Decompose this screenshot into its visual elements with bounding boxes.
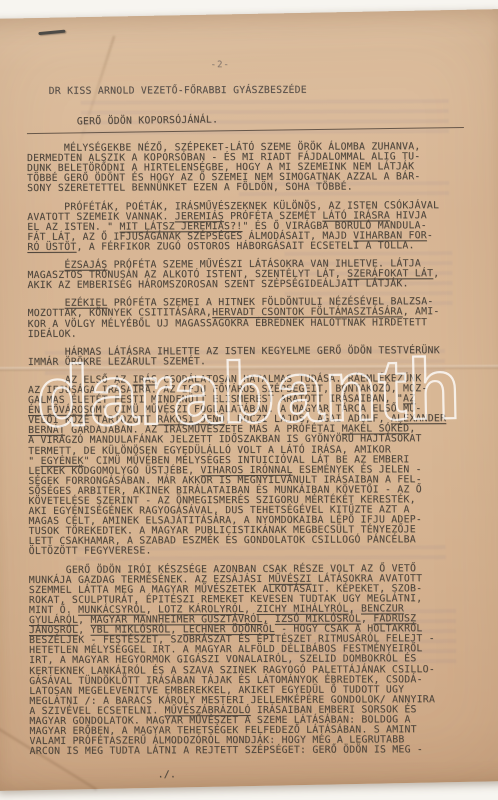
document-title: DR KISS ARNOLD VEZETŐ-FŐRABBI GYÁSZBESZÉ… [27,85,479,97]
paragraph: EZÉKIEL PRÓFÉTA SZEMEI A HITNEK FÖLDÖNTU… [28,297,480,339]
paragraph: MÉLYSÉGEKBE NÉZŐ, SZÉPEKET-LÁTÓ SZEME ÖR… [27,142,479,194]
paragraph: GERŐ ÖDÖN IRÓI KÉSZSÉGE AZONBAN CSAK RÉS… [29,564,482,758]
paragraph: PRÓFÉTÁK, POÉTÁK, IRÁSMŰVÉSZEKNEK KÜLÖNÖ… [27,201,479,253]
continuation-mark: ./. [30,769,482,800]
paragraph: ÉZSAJÁS PRÓFÉTA SZEME MŰVÉSZI LÁTÁSOKRA … [27,259,479,291]
sheet-content: -2- DR KISS ARNOLD VEZETŐ-FŐRABBI GYÁSZB… [0,13,498,787]
text-line: AKIK AZ EMBERISÉG HÁROMSZOROSAN SZENT SZ… [27,279,479,291]
text-line: ÖLTÖZÖTT FEGYVERESE. [29,545,481,557]
title-underline-rule: GERŐ ÖDÖN KOPORSÓJÁNÁL. [27,104,464,134]
page-number: -2- [211,60,230,70]
speech-body: MÉLYSÉGEKBE NÉZŐ, SZÉPEKET-LÁTÓ SZEME ÖR… [27,142,482,757]
text-line: KOR A VÖLGY MÉLYÉBŐL UJ MAGASSÁGOKRA ÉBR… [28,317,480,329]
paragraph: AZ ELSŐ AZ IRÁS CSODÁLATOSAN HATALMAS TU… [28,374,481,558]
document-sheet: -2- DR KISS ARNOLD VEZETŐ-FŐRABBI GYÁSZB… [0,9,498,791]
text-line: SONY SZERETETTEL BENNÜNKET EZEN A FÖLDÖN… [27,182,479,194]
text-line: IMMÁR ÖRÖKRE LEZÁRULT SZEMÉT. [28,356,480,368]
paragraph: HÁRMAS LÁTÁSRA IHLETTE AZ ISTEN KEGYELME… [28,346,480,368]
text-line: RÓ ÜSTÖT, A FÉRFIKOR ZUGÓ OSTOROS HÁBORG… [27,241,479,253]
ink-mark [38,30,65,35]
document-subtitle: GERŐ ÖDÖN KOPORSÓJÁNÁL. [77,114,219,127]
text-line: IDEÁLOK. [28,328,480,340]
speech-document: DR KISS ARNOLD VEZETŐ-FŐRABBI GYÁSZBESZÉ… [27,85,482,800]
text-line: ARCON IS MEG TUDTA LÁTNI A REJTETT SZÉPS… [30,745,482,757]
